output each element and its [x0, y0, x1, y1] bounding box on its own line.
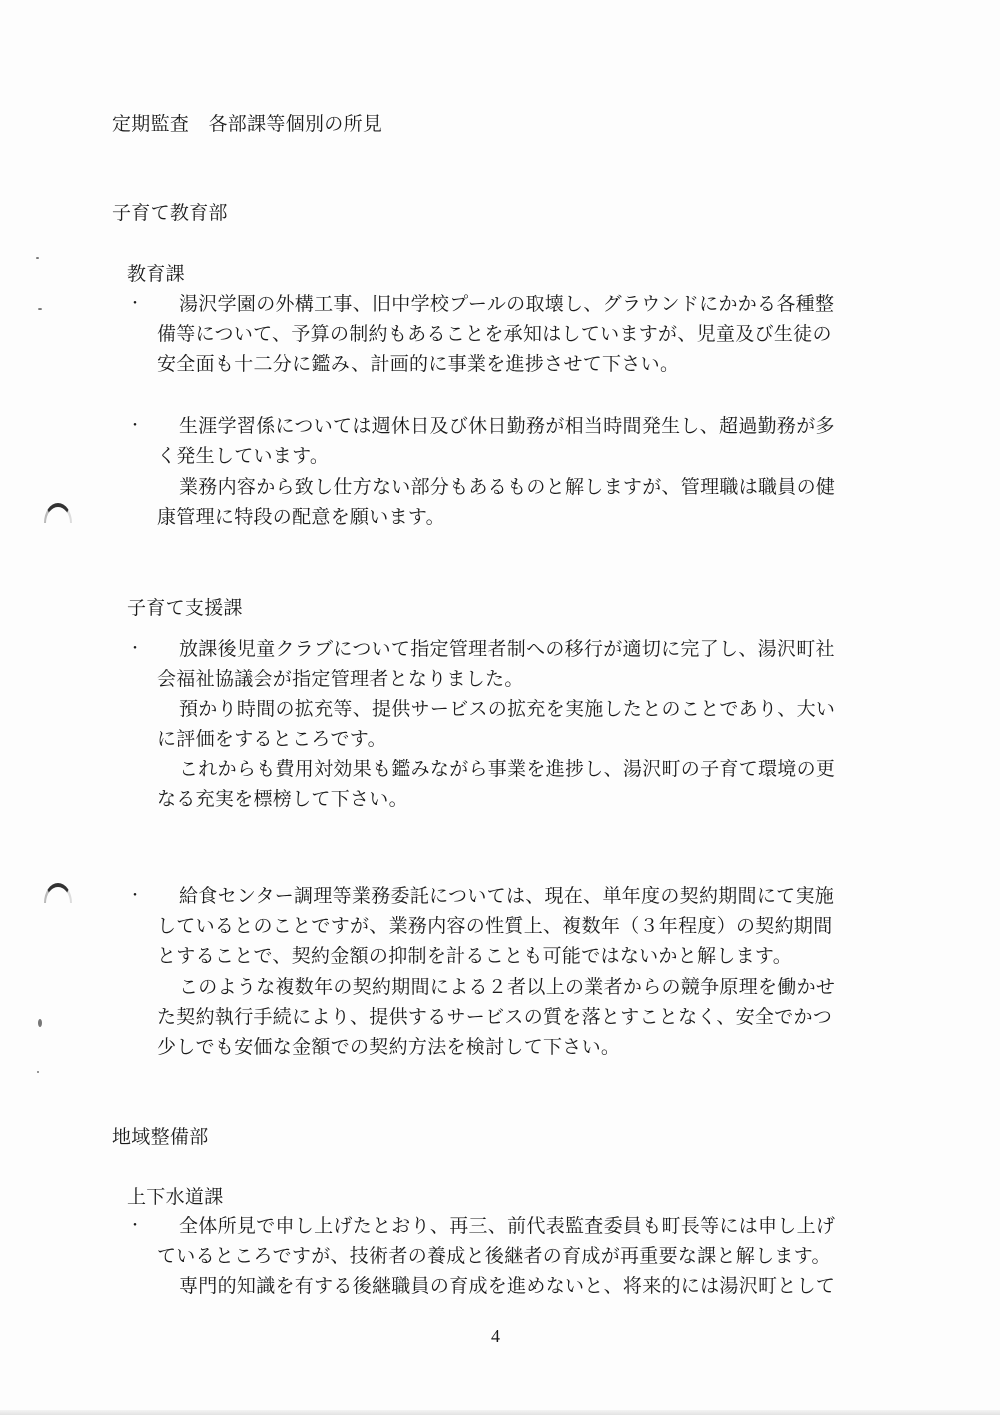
finding-line: このような複数年の契約期間による２者以上の業者からの競争原理を働かせ: [179, 975, 835, 999]
document-page: 定期監査 各部課等個別の所見 子育て教育部 教育課 ・ 湯沢学園の外構工事、旧中…: [0, 0, 1000, 1415]
finding-line: なる充実を標榜して下さい。: [157, 787, 408, 811]
finding-line: 専門的知識を有する後継職員の育成を進めないと、将来的には湯沢町として: [179, 1274, 835, 1298]
scan-speck: [36, 257, 39, 259]
finding-line: 備等について、予算の制約もあることを承知はしていますが、児童及び生徒の: [157, 322, 832, 346]
bullet-marker: ・: [128, 884, 142, 908]
finding-line: 会福祉協議会が指定管理者となりました。: [157, 667, 524, 691]
finding-line: 給食センター調理等業務委託については、現在、単年度の契約期間にて実施: [179, 884, 834, 908]
finding-line: 業務内容から致し仕方ない部分もあるものと解しますが、管理職は職員の健: [179, 475, 835, 499]
punch-hole-mark: [44, 503, 72, 523]
finding-line: 少しでも安価な金額での契約方法を検討して下さい。: [157, 1035, 620, 1059]
department-heading: 地域整備部: [112, 1125, 209, 1149]
finding-line: く発生しています。: [157, 444, 329, 468]
finding-line: に評価をするところです。: [157, 727, 387, 751]
scan-speck: [38, 308, 42, 310]
punch-hole-mark: [44, 883, 72, 903]
document-title: 定期監査 各部課等個別の所見: [112, 112, 382, 136]
finding-line: 放課後児童クラブについて指定管理者制への移行が適切に完了し、湯沢町社: [179, 637, 835, 661]
finding-line: 生涯学習係については週休日及び休日勤務が相当時間発生し、超過勤務が多: [179, 414, 835, 438]
finding-line: ているところですが、技術者の養成と後継者の育成が再重要な課と解します。: [157, 1244, 831, 1268]
section-heading: 子育て支援課: [127, 596, 243, 620]
finding-line: 全体所見で申し上げたとおり、再三、前代表監査委員も町長等には申し上げ: [179, 1214, 835, 1238]
finding-line: た契約執行手続により、提供するサービスの質を落とすことなく、安全でかつ: [157, 1005, 832, 1029]
finding-line: 康管理に特段の配意を願います。: [157, 505, 445, 529]
department-heading: 子育て教育部: [112, 201, 228, 225]
section-heading: 上下水道課: [127, 1185, 224, 1209]
finding-line: 預かり時間の拡充等、提供サービスの拡充を実施したとのことであり、大い: [179, 697, 835, 721]
scan-speck: [37, 1071, 39, 1073]
scan-bottom-edge: [0, 1410, 1000, 1415]
scan-speck: [38, 1019, 42, 1027]
finding-line: 湯沢学園の外構工事、旧中学校プールの取壊し、グラウンドにかかる各種整: [179, 292, 834, 316]
finding-line: 安全面も十二分に鑑み、計画的に事業を進捗させて下さい。: [157, 352, 679, 376]
bullet-marker: ・: [128, 637, 142, 661]
finding-line: これからも費用対効果も鑑みながら事業を進捗し、湯沢町の子育て環境の更: [179, 757, 835, 781]
bullet-marker: ・: [128, 1214, 142, 1238]
bullet-marker: ・: [128, 292, 142, 316]
finding-line: とすることで、契約金額の抑制を計ることも可能ではないかと解します。: [157, 944, 792, 968]
page-number: 4: [491, 1326, 500, 1347]
section-heading: 教育課: [127, 262, 185, 286]
bullet-marker: ・: [128, 414, 142, 438]
finding-line: しているとのことですが、業務内容の性質上、複数年（３年程度）の契約期間: [157, 914, 833, 938]
